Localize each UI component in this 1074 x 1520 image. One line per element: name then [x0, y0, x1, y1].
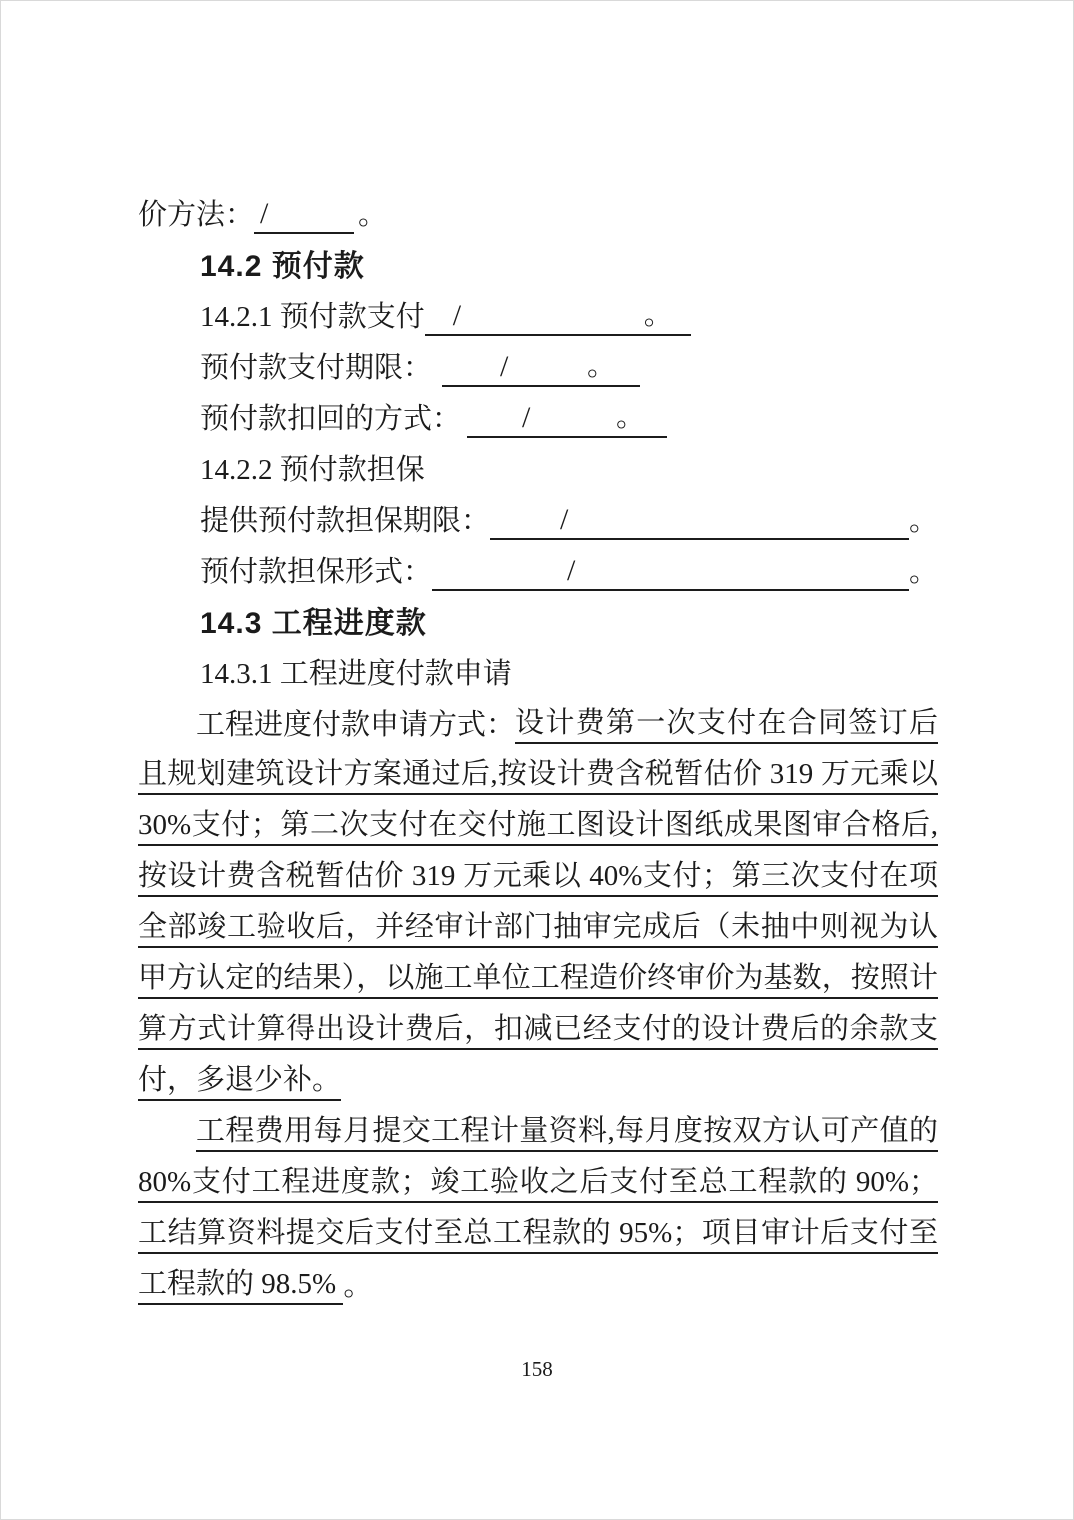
section-heading-14-3: 14.3 工程进度款: [138, 591, 938, 642]
section-heading-14-2: 14.2 预付款: [138, 234, 938, 285]
paragraph-payment-request-line: 30%支付；第二次支付在交付施工图设计图纸成果图审合格后,: [138, 795, 938, 846]
section-heading-14-2-2: 14.2.2 预付款担保: [138, 438, 938, 489]
carryover-label: 价方法：: [138, 197, 254, 234]
heading-text: 14.2 预付款: [138, 248, 365, 285]
field-prepayment-payment: 14.2.1 预付款支付 /。: [138, 285, 938, 336]
paragraph-payment-request-line: 算方式计算得出设计费后，扣减已经支付的设计费后的余款支: [138, 999, 938, 1050]
period-mark: 。: [616, 399, 645, 436]
fill-in-blank: /。: [467, 401, 667, 438]
paragraph-payment-request-line: 全部竣工验收后，并经审计部门抽审完成后（未抽中则视为认同: [138, 897, 938, 948]
slash-mark: /: [453, 297, 461, 334]
field-label: 14.2.1 预付款支付: [138, 299, 425, 336]
paragraph-payment-request-line: 按设计费含税暂估价 319 万元乘以 40%支付；第三次支付在项目: [138, 846, 938, 897]
fill-in-blank: /。: [425, 299, 691, 336]
period-mark: 。: [587, 348, 616, 385]
paragraph-line: 工程费用每月提交工程计量资料,每月度按双方认可产值的: [196, 1113, 938, 1152]
fill-in-blank: /: [254, 197, 354, 234]
paragraph-line: 甲方认定的结果），以施工单位工程造价终审价为基数，按照计: [138, 960, 938, 999]
paragraph-monthly-payment-line: 工程款的 98.5% 。: [138, 1254, 938, 1305]
slash-mark: /: [560, 501, 568, 538]
paragraph-line: 算方式计算得出设计费后，扣减已经支付的设计费后的余款支: [138, 1011, 938, 1050]
carryover-line: 价方法： / 。: [138, 183, 938, 234]
heading-text: 14.3.1 工程进度付款申请: [138, 656, 512, 693]
paragraph-intro: 工程进度付款申请方式：: [196, 707, 515, 744]
paragraph-line: 工结算资料提交后支付至总工程款的 95%；项目审计后支付至总: [138, 1215, 938, 1254]
period-mark: 。: [343, 1268, 372, 1305]
period-mark: 。: [644, 297, 673, 334]
page-number: 158: [1, 1357, 1073, 1382]
paragraph-line-last: 付，多退少补。: [138, 1062, 341, 1101]
slash-mark: /: [567, 552, 575, 589]
heading-text: 14.2.2 预付款担保: [138, 452, 425, 489]
first-line-indent: [138, 1115, 196, 1152]
period-mark: 。: [909, 503, 938, 540]
field-guarantee-deadline: 提供预付款担保期限： / 。: [138, 489, 938, 540]
fill-in-blank: /。: [442, 350, 640, 387]
section-heading-14-3-1: 14.3.1 工程进度付款申请: [138, 642, 938, 693]
paragraph-payment-request-line: 工程进度付款申请方式： 设计费第一次支付在合同签订后: [138, 693, 938, 744]
paragraph-line: 且规划建筑设计方案通过后,按设计费含税暂估价 319 万元乘以: [138, 756, 938, 795]
slash-mark: /: [260, 195, 268, 232]
paragraph-monthly-payment-line: 工程费用每月提交工程计量资料,每月度按双方认可产值的: [138, 1101, 938, 1152]
field-label: 提供预付款担保期限：: [138, 503, 490, 540]
period-mark: 。: [358, 197, 387, 234]
first-line-indent: [138, 707, 196, 744]
field-label: 预付款支付期限：: [138, 350, 432, 387]
paragraph-line: 按设计费含税暂估价 319 万元乘以 40%支付；第三次支付在项目: [138, 858, 938, 897]
document-page: 价方法： / 。 14.2 预付款 14.2.1 预付款支付 /。 预付款支付期…: [0, 0, 1074, 1520]
fill-in-blank: /: [490, 503, 909, 540]
paragraph-line-last: 工程款的 98.5%: [138, 1266, 343, 1305]
field-guarantee-form: 预付款担保形式： / 。: [138, 540, 938, 591]
paragraph-line: 80%支付工程进度款；竣工验收之后支付至总工程款的 90%；竣: [138, 1164, 938, 1203]
heading-text: 14.3 工程进度款: [138, 605, 427, 642]
paragraph-payment-request-line: 且规划建筑设计方案通过后,按设计费含税暂估价 319 万元乘以: [138, 744, 938, 795]
period-mark: 。: [909, 554, 938, 591]
paragraph-monthly-payment-line: 工结算资料提交后支付至总工程款的 95%；项目审计后支付至总: [138, 1203, 938, 1254]
paragraph-line: 全部竣工验收后，并经审计部门抽审完成后（未抽中则视为认同: [138, 909, 938, 948]
slash-mark: /: [500, 348, 508, 385]
field-prepayment-recovery: 预付款扣回的方式： /。: [138, 387, 938, 438]
paragraph-line: 30%支付；第二次支付在交付施工图设计图纸成果图审合格后,: [138, 807, 938, 846]
field-label: 预付款担保形式：: [138, 554, 432, 591]
field-prepayment-deadline: 预付款支付期限： /。: [138, 336, 938, 387]
fill-in-blank: /: [432, 554, 909, 591]
paragraph-line: 设计费第一次支付在合同签订后: [515, 705, 938, 744]
paragraph-monthly-payment-line: 80%支付工程进度款；竣工验收之后支付至总工程款的 90%；竣: [138, 1152, 938, 1203]
paragraph-payment-request-line: 甲方认定的结果），以施工单位工程造价终审价为基数，按照计: [138, 948, 938, 999]
field-label: 预付款扣回的方式：: [138, 401, 461, 438]
content-area: 价方法： / 。 14.2 预付款 14.2.1 预付款支付 /。 预付款支付期…: [138, 183, 938, 1305]
slash-mark: /: [522, 399, 530, 436]
paragraph-payment-request-line: 付，多退少补。: [138, 1050, 938, 1101]
